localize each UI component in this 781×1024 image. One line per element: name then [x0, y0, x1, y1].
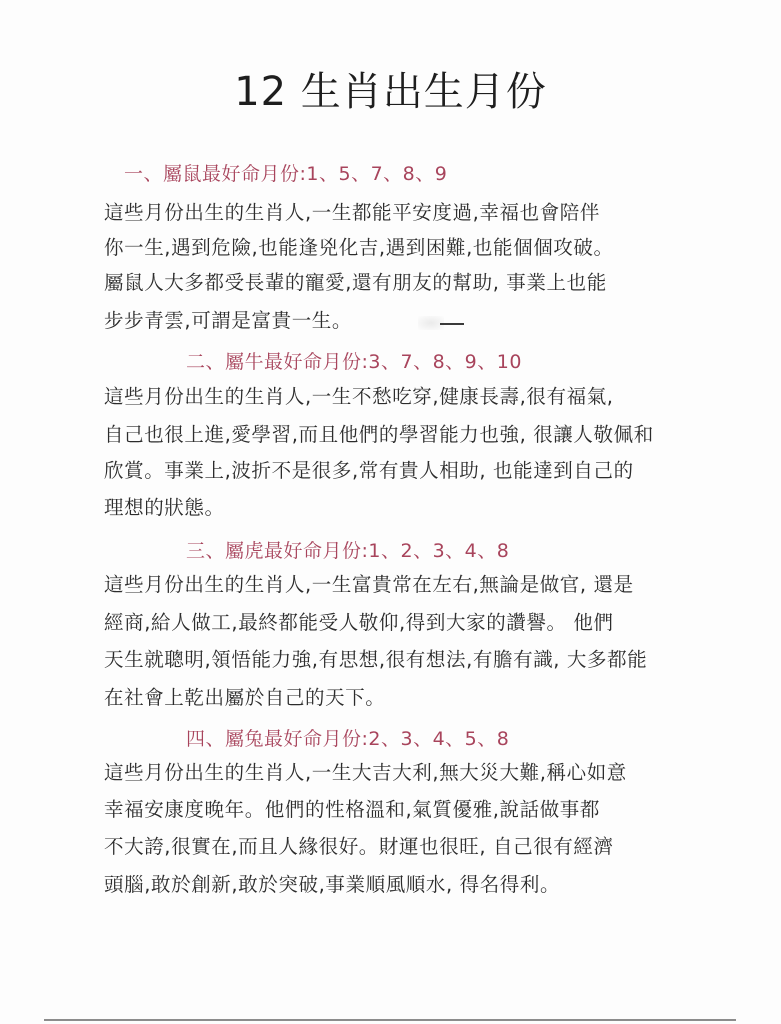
section-ox-line-2: 自己也很上進,愛學習,而且他們的學習能力也強, 很讓人敬佩和 [104, 420, 654, 450]
section-rabbit-line-2: 幸福安康度晚年。他們的性格溫和,氣質優雅,說話做事都 [104, 795, 600, 825]
section-ox-line-3: 欣賞。事業上,波折不是很多,常有貴人相助, 也能達到自己的 [104, 456, 634, 486]
section-tiger-line-3: 天生就聰明,領悟能力強,有思想,很有想法,有膽有識, 大多都能 [104, 645, 647, 675]
section-rabbit-line-4: 頭腦,敢於創新,敢於突破,事業順風順水, 得名得利。 [104, 870, 560, 900]
section-rabbit-line-3: 不大誇,很實在,而且人緣很好。財運也很旺, 自己很有經濟 [104, 832, 614, 862]
bottom-divider [44, 1019, 736, 1021]
section-rat-line-4: 步步青雲,可謂是富貴一生。 [104, 306, 352, 336]
section-tiger-line-1: 這些月份出生的生肖人,一生富貴常在左右,無論是做官, 還是 [104, 570, 634, 600]
section-heading-tiger: 三、屬虎最好命月份:1、2、3、4、8 [186, 537, 509, 565]
section-tiger-line-2: 經商,給人做工,最終都能受人敬仰,得到大家的讚譽。 他們 [104, 608, 614, 638]
page-title: 12 生肖出生月份 [0, 64, 781, 120]
stray-dash-mark [440, 323, 464, 325]
section-rabbit-line-1: 這些月份出生的生肖人,一生大吉大利,無大災大難,稱心如意 [104, 758, 627, 788]
section-heading-rabbit: 四、屬兔最好命月份:2、3、4、5、8 [186, 725, 509, 753]
section-ox-line-1: 這些月份出生的生肖人,一生不愁吃穿,健康長壽,很有福氣, [104, 382, 614, 412]
section-heading-ox: 二、屬牛最好命月份:3、7、8、9、10 [186, 348, 522, 376]
section-rat-line-3: 屬鼠人大多都受長輩的寵愛,還有朋友的幫助, 事業上也能 [104, 268, 607, 298]
section-heading-rat: 一、屬鼠最好命月份:1、5、7、8、9 [124, 160, 447, 188]
section-rat-line-1: 這些月份出生的生肖人,一生都能平安度過,幸福也會陪伴 [104, 198, 600, 228]
section-tiger-line-4: 在社會上乾出屬於自己的天下。 [104, 683, 385, 713]
document-page: 12 生肖出生月份 一、屬鼠最好命月份:1、5、7、8、9 這些月份出生的生肖人… [0, 0, 781, 1024]
section-rat-line-2: 你一生,遇到危險,也能逢兇化吉,遇到困難,也能個個攻破。 [104, 233, 614, 263]
section-ox-line-4: 理想的狀態。 [104, 493, 225, 523]
